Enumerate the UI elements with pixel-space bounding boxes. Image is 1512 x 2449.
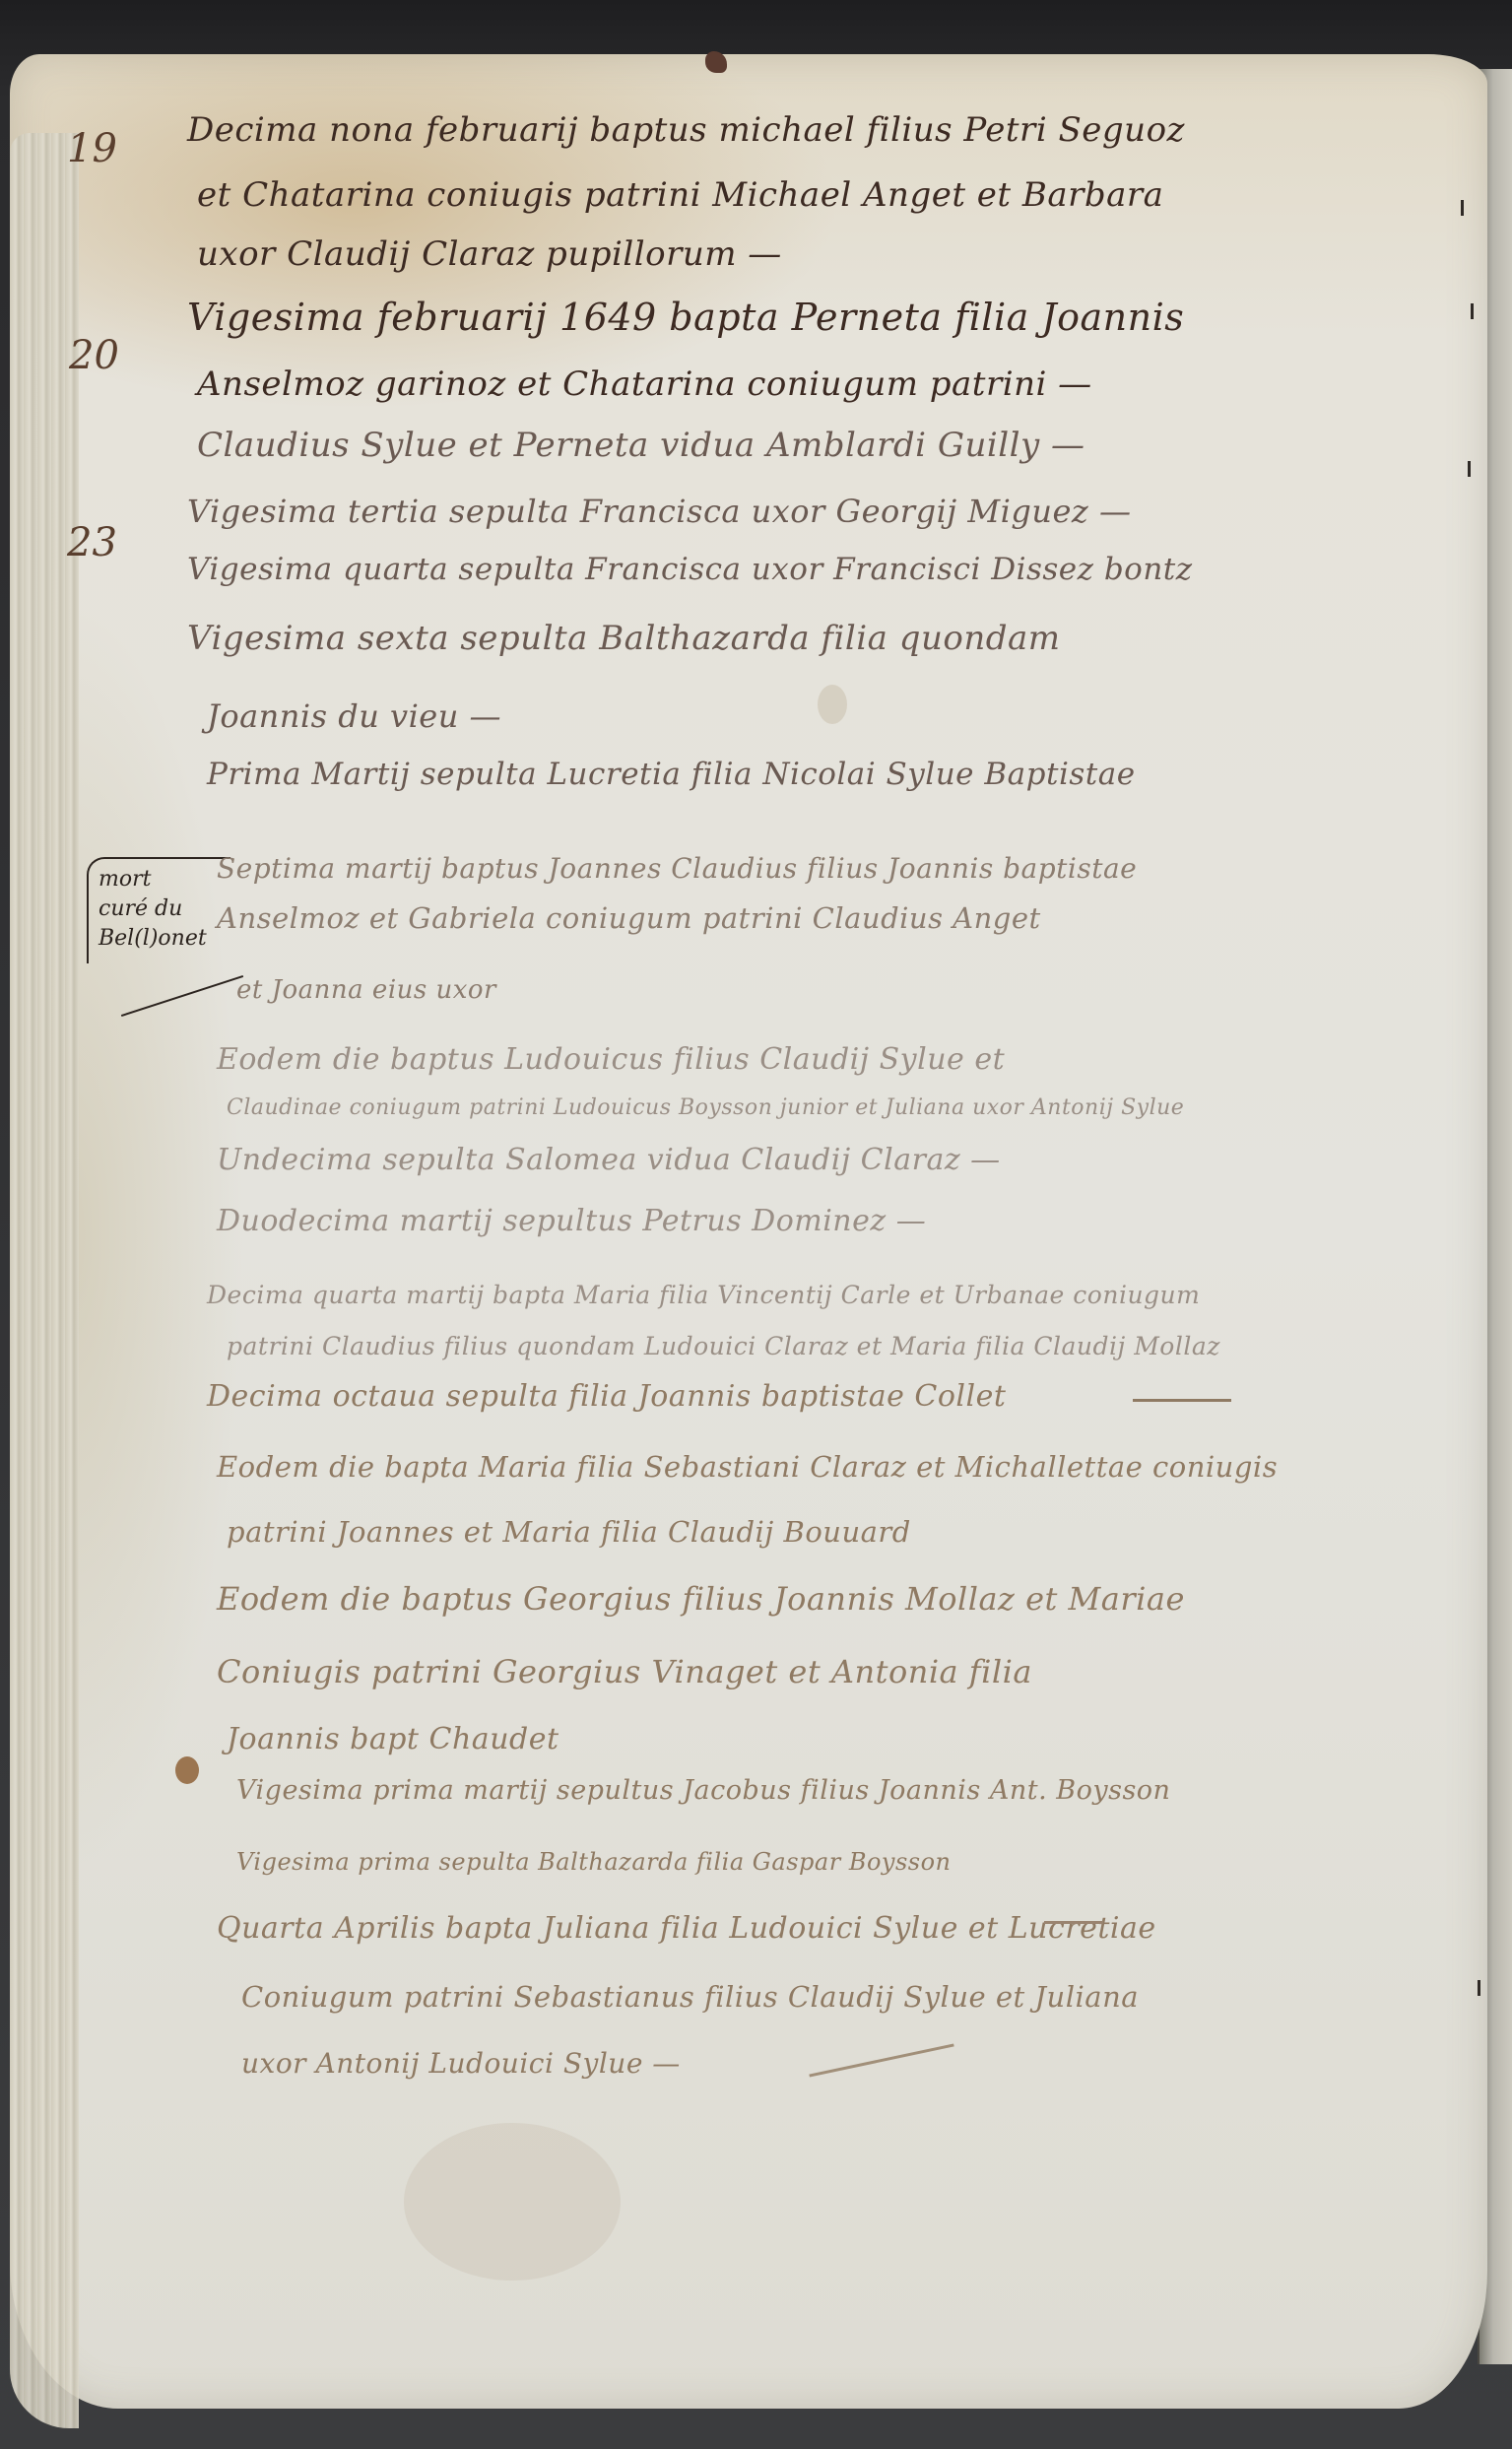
entry-line: Joannis bapt Chaudet — [227, 1722, 559, 1756]
entry-line: patrini Joannes et Maria filia Claudij B… — [227, 1515, 911, 1549]
entry-line: Prima Martij sepulta Lucretia filia Nico… — [207, 757, 1136, 792]
scan-background: 19 20 23 mort curé du Bel(l)onet Decima … — [0, 0, 1512, 2449]
entry-line: Septima martij baptus Joannes Claudius f… — [217, 852, 1137, 885]
entry-line: Vigesima prima sepulta Balthazarda filia… — [236, 1848, 952, 1876]
annotation-line: Bel(l)onet — [99, 924, 227, 954]
entry-line: et Joanna eius uxor — [236, 975, 496, 1005]
annotation-line: mort — [99, 865, 227, 894]
entry-line: Coniugum patrini Sebastianus filius Clau… — [241, 1980, 1139, 2014]
entry-line: Anselmoz et Gabriela coniugum patrini Cl… — [217, 901, 1041, 935]
ink-blot — [175, 1756, 199, 1784]
water-stain — [818, 685, 847, 724]
entry-line: Vigesima prima martij sepultus Jacobus f… — [236, 1775, 1170, 1806]
annotation-line: curé du — [99, 894, 227, 924]
entry-line: Claudius Sylue et Perneta vidua Amblardi… — [197, 426, 1085, 465]
entry-line: patrini Claudius filius quondam Ludouici… — [227, 1332, 1220, 1360]
margin-annotation: mort curé du Bel(l)onet — [87, 857, 230, 963]
entry-line: Quarta Aprilis bapta Juliana filia Ludou… — [217, 1911, 1156, 1946]
margin-tick — [1468, 461, 1471, 477]
margin-day-number: 23 — [67, 520, 117, 565]
margin-tick — [1478, 1980, 1480, 1996]
entry-line: Anselmoz garinoz et Chatarina coniugum p… — [197, 364, 1092, 404]
water-stain — [404, 2123, 621, 2281]
entry-line: Vigesima sexta sepulta Balthazarda filia… — [187, 619, 1061, 658]
entry-line: Decima octaua sepulta filia Joannis bapt… — [207, 1379, 1006, 1414]
entry-line: Vigesima tertia sepulta Francisca uxor G… — [187, 493, 1131, 530]
margin-tick — [1461, 200, 1464, 216]
entry-line: Eodem die bapta Maria filia Sebastiani C… — [217, 1450, 1278, 1484]
margin-day-number: 19 — [67, 126, 117, 171]
ink-dash — [1044, 1921, 1103, 1924]
page-stack-edge — [10, 133, 79, 2428]
entry-line: Coniugis patrini Georgius Vinaget et Ant… — [217, 1653, 1032, 1690]
ink-dash — [1133, 1399, 1231, 1402]
entry-line: Eodem die baptus Ludouicus filius Claudi… — [217, 1042, 1005, 1077]
margin-day-number: 20 — [69, 333, 119, 378]
entry-line: Eodem die baptus Georgius filius Joannis… — [217, 1580, 1185, 1618]
entry-line: Undecima sepulta Salomea vidua Claudij C… — [217, 1143, 1001, 1177]
entry-line: Vigesima quarta sepulta Francisca uxor F… — [187, 552, 1193, 587]
entry-line: Decima quarta martij bapta Maria filia V… — [207, 1281, 1200, 1309]
entry-line: et Chatarina coniugis patrini Michael An… — [197, 175, 1163, 215]
entry-line: Joannis du vieu — — [207, 697, 501, 735]
entry-line: Duodecima martij sepultus Petrus Dominez… — [217, 1204, 926, 1238]
entry-line: Decima nona februarij baptus michael fil… — [187, 110, 1185, 150]
entry-line: Vigesima februarij 1649 bapta Perneta fi… — [187, 296, 1184, 339]
entry-line: uxor Claudij Claraz pupillorum — — [197, 234, 782, 274]
entry-line: Claudinae coniugum patrini Ludouicus Boy… — [227, 1095, 1184, 1120]
entry-line: uxor Antonij Ludouici Sylue — — [241, 2047, 681, 2080]
margin-tick — [1471, 303, 1474, 319]
